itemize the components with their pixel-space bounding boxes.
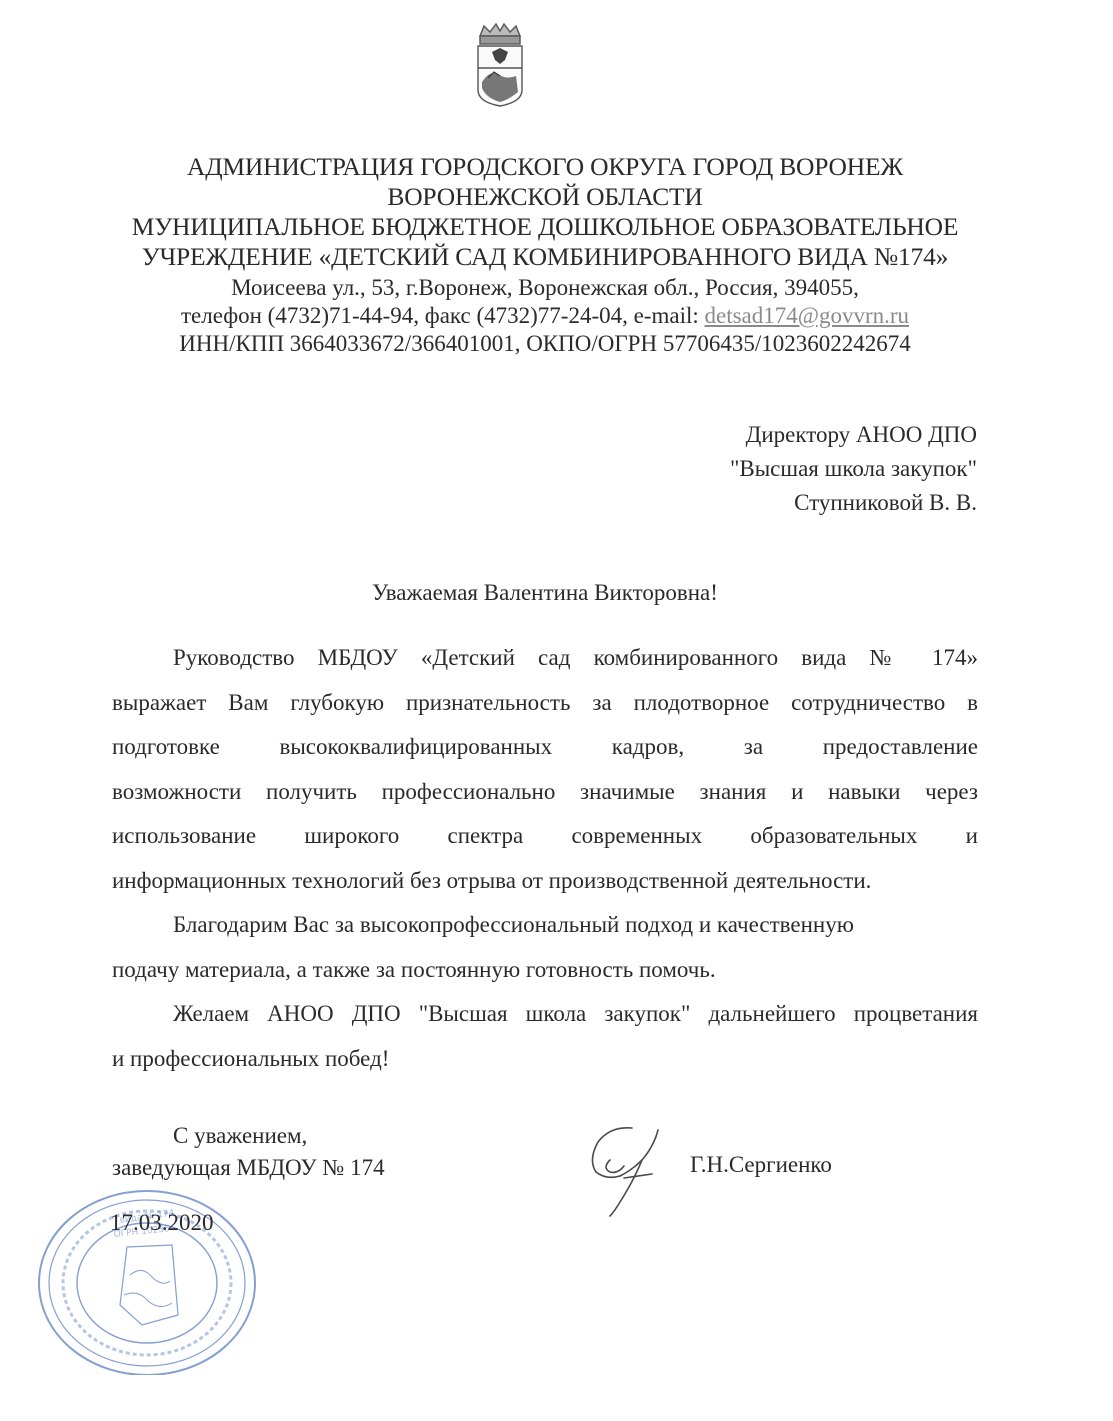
institution-header: АДМИНИСТРАЦИЯ ГОРОДСКОГО ОКРУГА ГОРОД ВО… bbox=[60, 152, 1030, 272]
addressee-block: Директору АНОО ДПО "Высшая школа закупок… bbox=[730, 418, 977, 520]
body-line: Руководство МБДОУ «Детский сад комбиниро… bbox=[112, 636, 978, 681]
paragraph-3: Желаем АНОО ДПО "Высшая школа закупок" д… bbox=[112, 992, 978, 1081]
address: Моисеева ул., 53, г.Воронеж, Воронежская… bbox=[60, 274, 1030, 302]
salutation: Уважаемая Валентина Викторовна! bbox=[60, 578, 1030, 608]
addressee-line: "Высшая школа закупок" bbox=[730, 452, 977, 486]
handwritten-signature-icon bbox=[580, 1120, 690, 1220]
body-line: Желаем АНОО ДПО "Высшая школа закупок" д… bbox=[112, 992, 978, 1037]
email-link[interactable]: detsad174@govvrn.ru bbox=[705, 303, 910, 328]
body-line: использование широкого спектра современн… bbox=[112, 814, 978, 859]
header-line: ВОРОНЕЖСКОЙ ОБЛАСТИ bbox=[60, 182, 1030, 212]
addressee-line: Ступниковой В. В. bbox=[730, 486, 977, 520]
letter-body: Руководство МБДОУ «Детский сад комбиниро… bbox=[112, 636, 978, 1081]
addressee-line: Директору АНОО ДПО bbox=[730, 418, 977, 452]
official-round-stamp-icon: вида № 174 ОГРН 10236 bbox=[22, 1165, 292, 1375]
regards: С уважением, bbox=[112, 1120, 385, 1152]
body-line: Благодарим Вас за высокопрофессиональный… bbox=[112, 903, 978, 948]
registry-numbers: ИНН/КПП 3664033672/366401001, ОКПО/ОГРН … bbox=[60, 330, 1030, 358]
contact-details: Моисеева ул., 53, г.Воронеж, Воронежская… bbox=[60, 274, 1030, 358]
body-line: и профессиональных побед! bbox=[112, 1037, 978, 1082]
signer-name: Г.Н.Сергиенко bbox=[690, 1152, 832, 1178]
body-line: подготовке высококвалифицированных кадро… bbox=[112, 725, 978, 770]
paragraph-2: Благодарим Вас за высокопрофессиональный… bbox=[112, 903, 978, 992]
coat-of-arms-icon bbox=[472, 22, 528, 108]
header-line: УЧРЕЖДЕНИЕ «ДЕТСКИЙ САД КОМБИНИРОВАННОГО… bbox=[60, 242, 1030, 272]
phone-fax: телефон (4732)71-44-94, факс (4732)77-24… bbox=[181, 303, 705, 328]
body-line: информационных технологий без отрыва от … bbox=[112, 859, 978, 904]
letter-date: 17.03.2020 bbox=[110, 1210, 214, 1236]
body-line: возможности получить профессионально зна… bbox=[112, 770, 978, 815]
letter-page: АДМИНИСТРАЦИЯ ГОРОДСКОГО ОКРУГА ГОРОД ВО… bbox=[0, 0, 1113, 1421]
header-line: МУНИЦИПАЛЬНОЕ БЮДЖЕТНОЕ ДОШКОЛЬНОЕ ОБРАЗ… bbox=[60, 212, 1030, 242]
body-line: выражает Вам глубокую признательность за… bbox=[112, 681, 978, 726]
body-line: подачу материала, а также за постоянную … bbox=[112, 948, 978, 993]
phone-fax-email: телефон (4732)71-44-94, факс (4732)77-24… bbox=[60, 302, 1030, 330]
paragraph-1: Руководство МБДОУ «Детский сад комбиниро… bbox=[112, 636, 978, 903]
header-line: АДМИНИСТРАЦИЯ ГОРОДСКОГО ОКРУГА ГОРОД ВО… bbox=[60, 152, 1030, 182]
